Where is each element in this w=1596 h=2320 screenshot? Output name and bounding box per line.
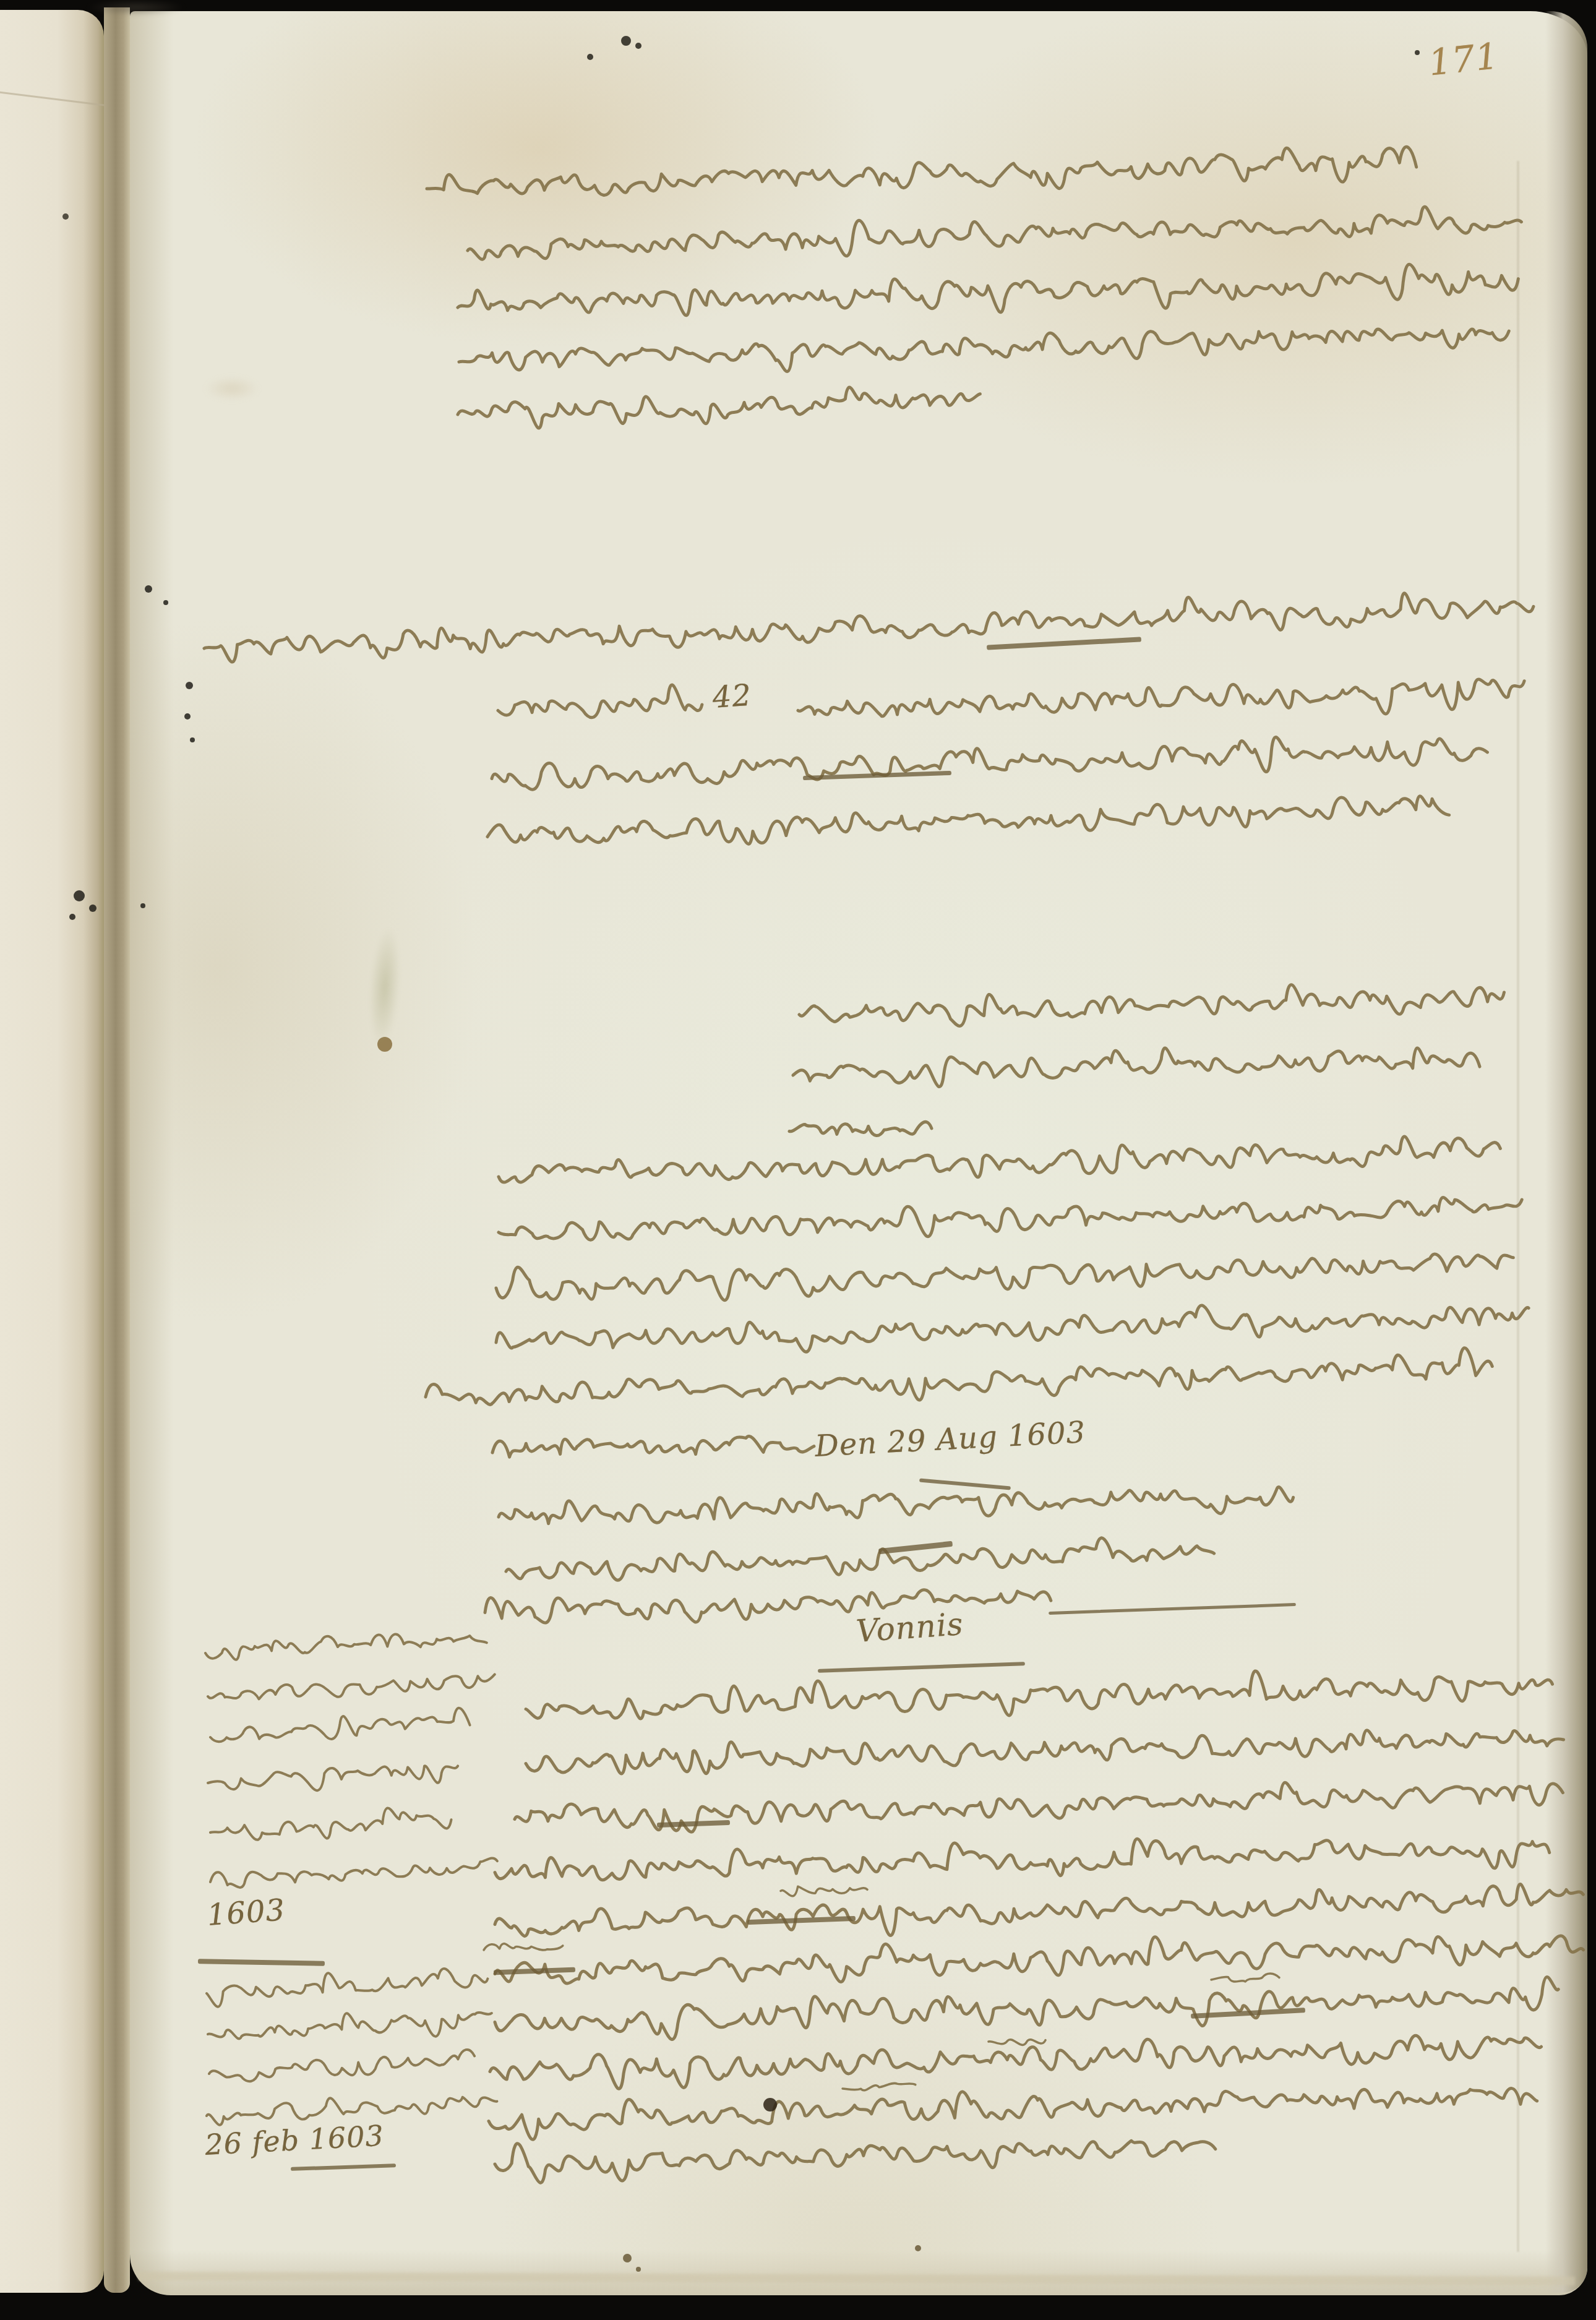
page-deckle-edge	[1545, 11, 1587, 2293]
manuscript-scan: 17142Den 29 Aug 1603Vonnis160326 feb 160…	[0, 0, 1596, 2320]
manuscript-page	[130, 11, 1587, 2295]
underlying-page-edge	[0, 91, 106, 106]
binding-gutter	[104, 7, 130, 2293]
facing-page-edge	[0, 10, 104, 2293]
